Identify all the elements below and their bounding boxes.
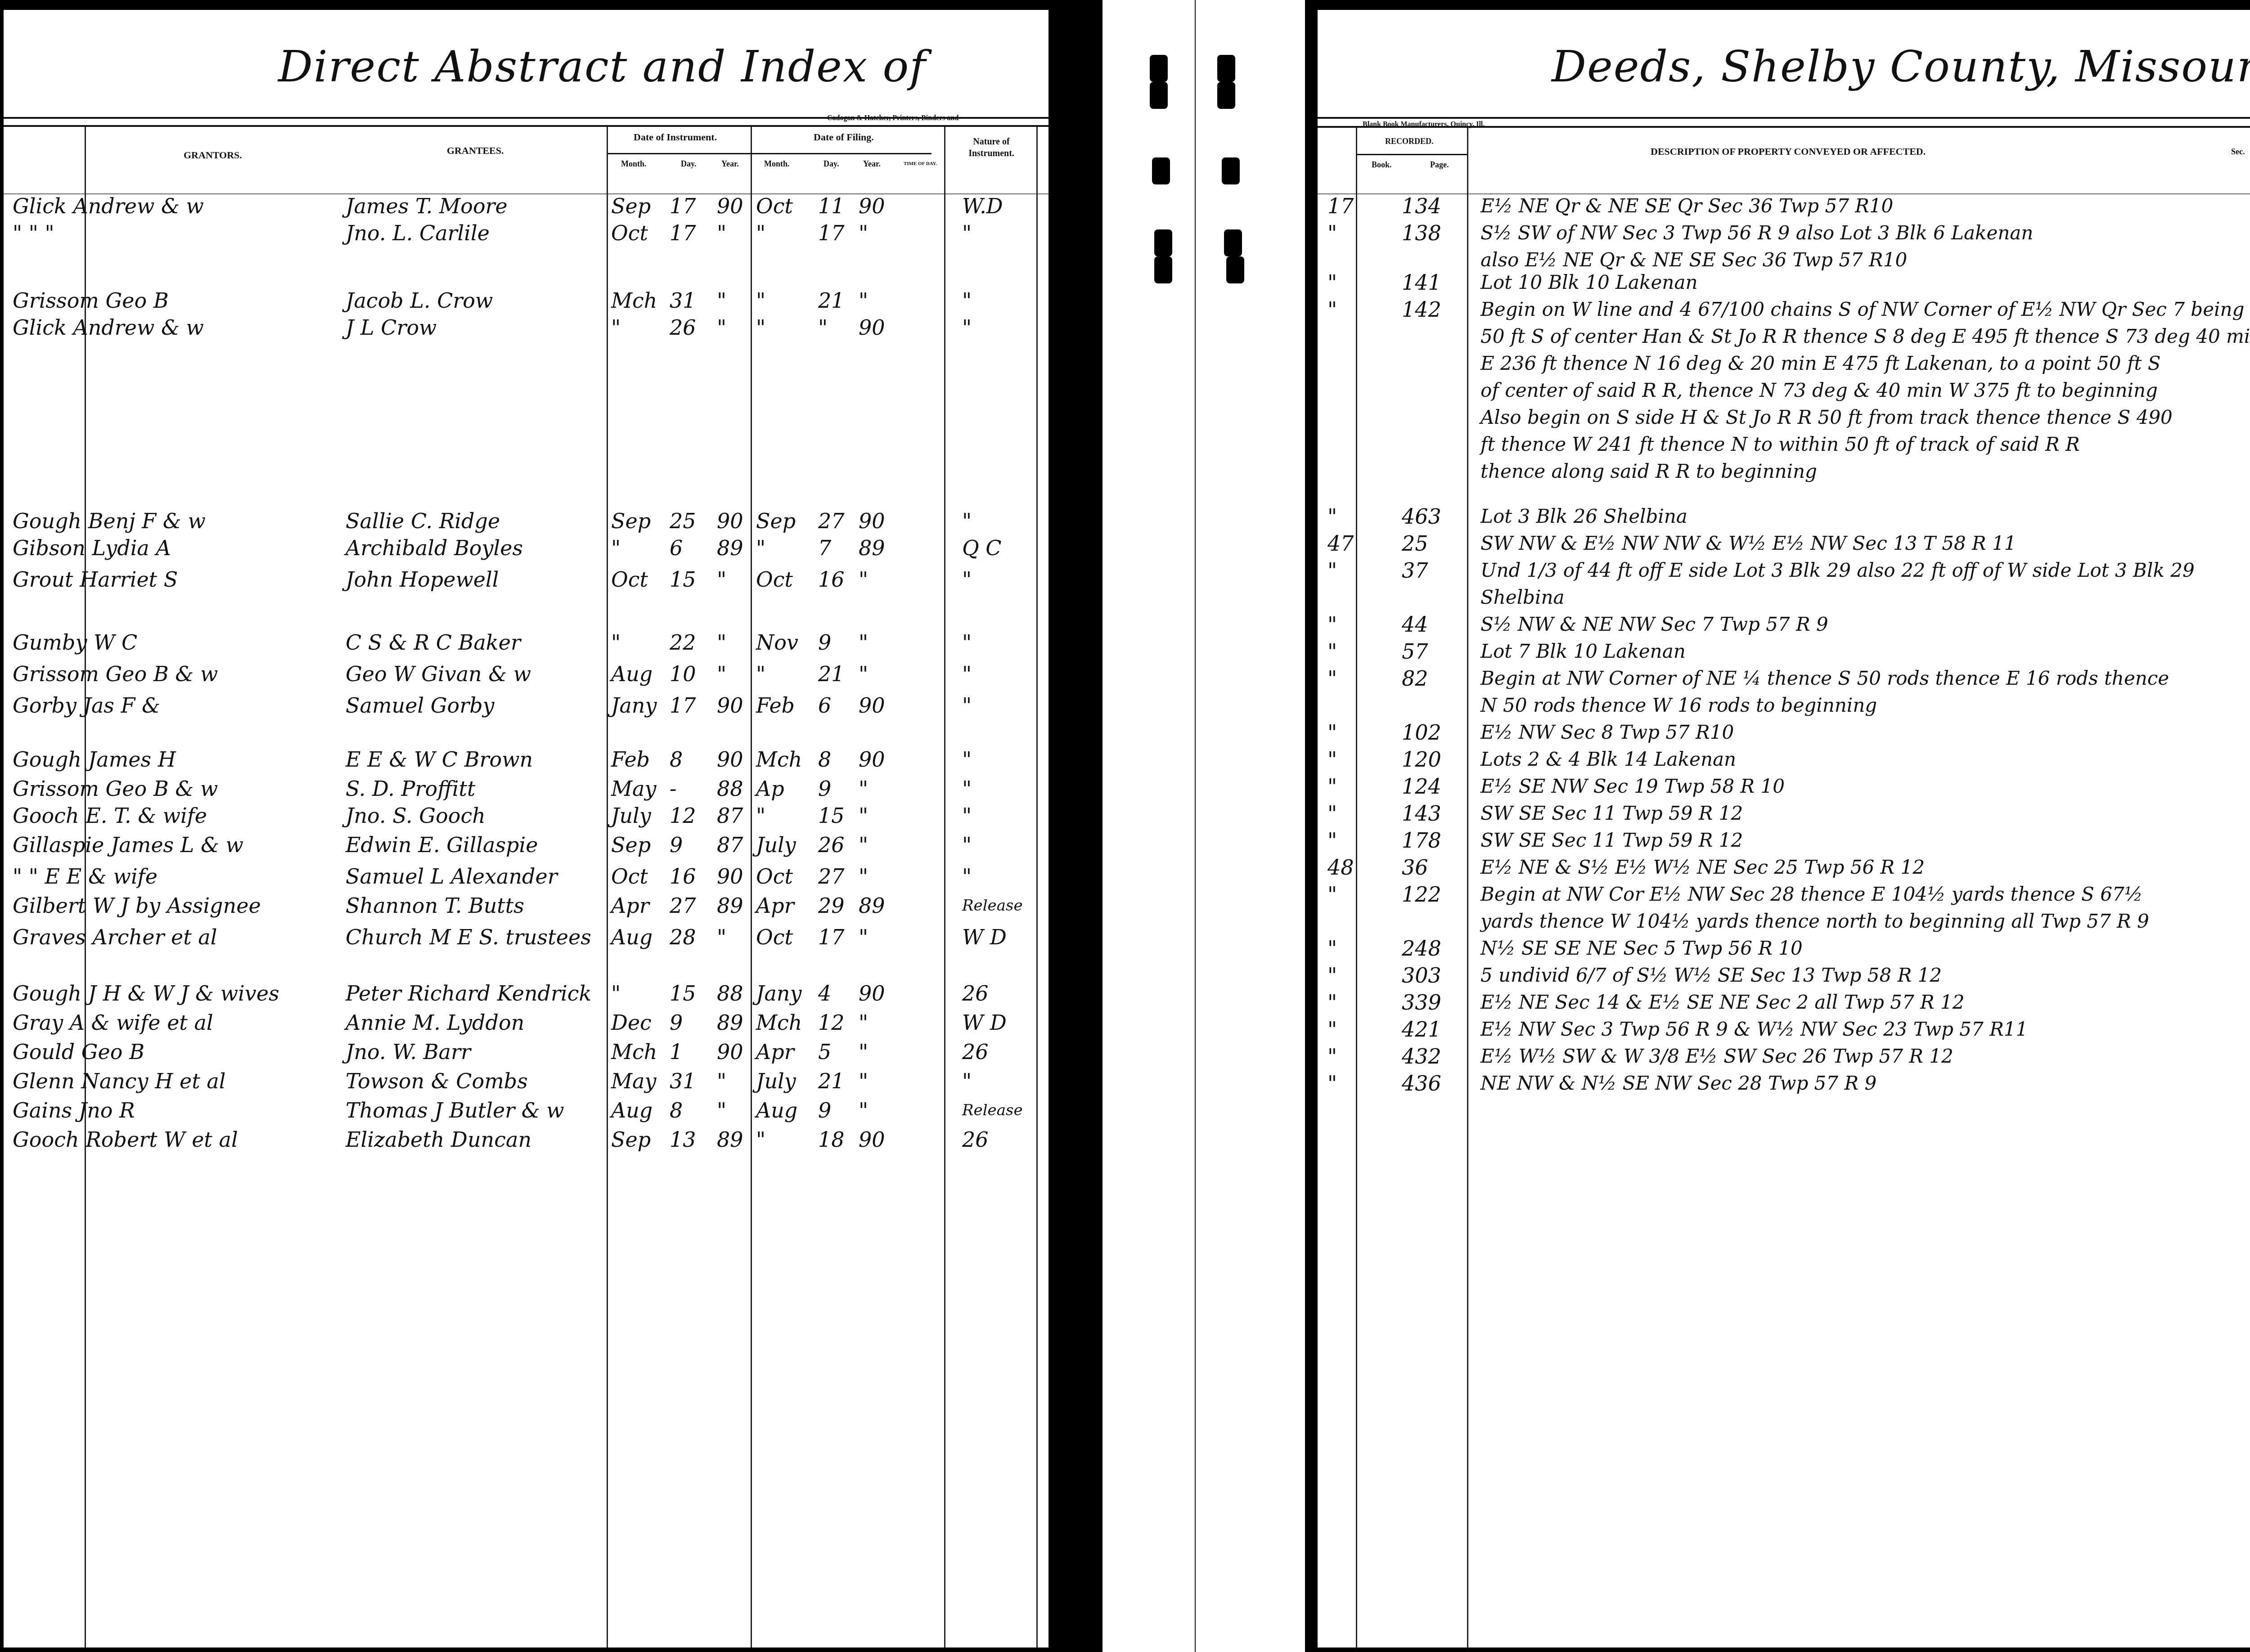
file-year-cell: ": [859, 832, 868, 857]
binding-hole: [1154, 229, 1172, 256]
grantor-cell: Gorby Jas F &: [13, 693, 160, 718]
file-day-cell: 27: [818, 508, 845, 534]
page-cell: 82: [1402, 666, 1428, 691]
file-month-cell: Apr: [756, 893, 794, 918]
inst-day-cell: 31: [670, 1068, 696, 1094]
left-ledger-page: Direct Abstract and Index of Cadogan & H…: [4, 10, 1048, 1648]
inst-month-cell: ": [611, 981, 621, 1006]
description-line: of center of said R R, thence N 73 deg &…: [1480, 378, 2158, 403]
description-line: SW NW & E½ NW NW & W½ E½ NW Sec 13 T 58 …: [1480, 531, 2016, 556]
inst-year-cell: 90: [717, 193, 743, 219]
column-divider: [1036, 127, 1038, 1648]
inst-day-cell: 22: [670, 630, 696, 655]
file-day-cell: 5: [818, 1039, 831, 1064]
nature-cell: ": [962, 1068, 972, 1094]
file-year-cell: 90: [859, 747, 885, 772]
page-cell: 122: [1402, 882, 1441, 907]
inst-month-cell: Oct: [611, 220, 648, 246]
description-line: Lot 10 Blk 10 Lakenan: [1480, 270, 1697, 295]
binding-hole: [1152, 157, 1170, 184]
recorded-header: RECORDED.: [1385, 137, 1434, 146]
file-month-cell: Nov: [756, 630, 798, 655]
nature-cell: ": [962, 747, 972, 772]
inst-month-cell: Oct: [611, 567, 648, 592]
file-year-cell: 90: [859, 1127, 885, 1152]
recorded-header-rule: [1357, 154, 1467, 155]
grantee-cell: C S & R C Baker: [346, 630, 521, 655]
grantor-cell: Gains Jno R: [13, 1098, 135, 1123]
file-month-cell: Sep: [756, 508, 796, 534]
book-cell: ": [1327, 1017, 1337, 1042]
page-cell: 436: [1402, 1071, 1441, 1096]
file-month-header: Month.: [764, 159, 790, 169]
file-day-cell: 11: [818, 193, 845, 219]
file-day-cell: 9: [818, 776, 831, 801]
grantee-cell: J L Crow: [346, 315, 437, 340]
page-cell: 25: [1402, 531, 1428, 556]
binding-hole: [1150, 82, 1168, 109]
inst-month-cell: Sep: [611, 193, 651, 219]
binding-crease: [1195, 0, 1196, 1652]
grantor-cell: Gooch E. T. & wife: [13, 803, 207, 828]
book-cell: 48: [1327, 855, 1354, 880]
inst-day-cell: 26: [670, 315, 696, 340]
inst-month-cell: Sep: [611, 832, 651, 857]
page-cell: 463: [1402, 504, 1441, 529]
file-month-cell: ": [756, 661, 765, 687]
right-page-title: Deeds, Shelby County, Missouri.: [1552, 41, 2250, 92]
nature-cell: ": [962, 567, 972, 592]
book-cell: ": [1327, 774, 1337, 799]
nature-cell: ": [962, 220, 972, 246]
file-day-cell: 6: [818, 693, 831, 718]
file-day-cell: 21: [818, 1068, 845, 1094]
file-year-cell: 90: [859, 693, 885, 718]
grantor-cell: Glick Andrew & w: [13, 315, 204, 340]
grantor-cell: Graves Archer et al: [13, 925, 217, 950]
inst-day-cell: 16: [670, 864, 696, 889]
file-month-cell: Mch: [756, 747, 802, 772]
header-rule: [1318, 126, 2250, 128]
description-line: Und 1/3 of 44 ft off E side Lot 3 Blk 29…: [1480, 558, 2195, 583]
file-day-cell: 18: [818, 1127, 845, 1152]
description-line: S½ SW of NW Sec 3 Twp 56 R 9 also Lot 3 …: [1480, 220, 2033, 246]
date-header-rule: [607, 153, 931, 154]
nature-cell: ": [962, 693, 972, 718]
file-month-cell: ": [756, 803, 765, 828]
page-cell: 134: [1402, 193, 1441, 219]
file-year-cell: ": [859, 803, 868, 828]
book-cell: ": [1327, 801, 1337, 826]
date-of-filing-header: Date of Filing.: [814, 131, 874, 143]
book-cell: 17: [1327, 193, 1354, 219]
page-cell: 102: [1402, 720, 1441, 745]
file-month-cell: ": [756, 535, 765, 561]
binding-hole: [1217, 55, 1235, 82]
inst-year-cell: ": [717, 661, 726, 687]
grantee-cell: Jno. L. Carlile: [346, 220, 490, 246]
grantee-cell: Elizabeth Duncan: [346, 1127, 531, 1152]
book-cell: ": [1327, 270, 1337, 295]
inst-month-cell: Oct: [611, 864, 648, 889]
nature-cell: ": [962, 803, 972, 828]
inst-year-cell: 88: [717, 981, 743, 1006]
file-month-cell: Oct: [756, 567, 793, 592]
grantee-cell: S. D. Proffitt: [346, 776, 476, 801]
grantor-cell: Gough Benj F & w: [13, 508, 206, 534]
file-year-cell: 89: [859, 535, 885, 561]
inst-day-cell: 9: [670, 832, 683, 857]
inst-day-cell: 27: [670, 893, 696, 918]
inst-year-cell: ": [717, 630, 726, 655]
inst-day-cell: 15: [670, 567, 696, 592]
grantor-cell: Glenn Nancy H et al: [13, 1068, 225, 1094]
header-rule: [4, 117, 1048, 119]
file-day-cell: 17: [818, 925, 845, 950]
inst-year-cell: 90: [717, 693, 743, 718]
description-line: 50 ft S of center Han & St Jo R R thence…: [1480, 324, 2250, 349]
inst-year-cell: 89: [717, 1010, 743, 1035]
inst-month-cell: May: [611, 776, 657, 801]
file-day-cell: 29: [818, 893, 845, 918]
inst-year-cell: 90: [717, 508, 743, 534]
nature-cell: 26: [962, 1127, 989, 1152]
page-cell: 248: [1402, 936, 1441, 961]
file-day-cell: 16: [818, 567, 845, 592]
time-of-day-header: TIME OF DAY.: [904, 161, 937, 166]
book-cell: ": [1327, 558, 1337, 583]
inst-year-cell: ": [717, 567, 726, 592]
file-day-cell: 17: [818, 220, 845, 246]
binding-hole: [1150, 55, 1168, 82]
description-line: SW SE Sec 11 Twp 59 R 12: [1480, 828, 1743, 853]
file-year-cell: ": [859, 1068, 868, 1094]
nature-cell: ": [962, 630, 972, 655]
book-cell: ": [1327, 963, 1337, 988]
file-year-cell: 89: [859, 893, 885, 918]
book-cell: ": [1327, 297, 1337, 322]
page-cell: 339: [1402, 990, 1441, 1015]
nature-cell: W D: [962, 925, 1007, 950]
inst-month-cell: Apr: [611, 893, 649, 918]
file-month-cell: ": [756, 315, 765, 340]
file-year-cell: ": [859, 1010, 868, 1035]
binding-hole: [1226, 256, 1244, 283]
nature-cell: ": [962, 288, 972, 313]
nature-cell: ": [962, 315, 972, 340]
grantor-cell: Gooch Robert W et al: [13, 1127, 238, 1152]
left-page-title: Direct Abstract and Index of: [278, 41, 927, 92]
file-day-cell: 27: [818, 864, 845, 889]
inst-year-cell: ": [717, 1068, 726, 1094]
description-line: also E½ NE Qr & NE SE Sec 36 Twp 57 R10: [1480, 247, 1907, 273]
column-divider: [1356, 128, 1357, 1648]
grantors-header: GRANTORS.: [184, 149, 242, 161]
book-cell: ": [1327, 504, 1337, 529]
description-line: SW SE Sec 11 Twp 59 R 12: [1480, 801, 1743, 826]
inst-month-cell: Aug: [611, 925, 652, 950]
inst-year-cell: 89: [717, 893, 743, 918]
date-of-instrument-header: Date of Instrument.: [634, 131, 717, 143]
file-year-cell: ": [859, 661, 868, 687]
book-cell: ": [1327, 220, 1337, 246]
nature-cell: ": [962, 661, 972, 687]
grantee-cell: Annie M. Lyddon: [346, 1010, 524, 1035]
grantee-cell: Samuel Gorby: [346, 693, 495, 718]
description-line: 5 undivid 6/7 of S½ W½ SE Sec 13 Twp 58 …: [1480, 963, 1942, 988]
file-month-cell: Oct: [756, 193, 793, 219]
page-cell: 120: [1402, 747, 1441, 772]
file-year-cell: 90: [859, 981, 885, 1006]
grantor-cell: Grissom Geo B & w: [13, 776, 218, 801]
nature-cell: Release: [962, 893, 1023, 918]
file-month-cell: ": [756, 288, 765, 313]
grantor-cell: " " ": [13, 220, 54, 246]
binding-gutter-right: [1197, 0, 1305, 1652]
file-day-cell: 9: [818, 1098, 831, 1123]
nature-cell: Q C: [962, 535, 1002, 561]
description-line: E½ NW Sec 3 Twp 56 R 9 & W½ NW Sec 23 Tw…: [1480, 1017, 2028, 1042]
description-line: E½ NE & S½ E½ W½ NE Sec 25 Twp 56 R 12: [1480, 855, 1925, 880]
grantee-cell: Jno. S. Gooch: [346, 803, 486, 828]
nature-cell: W D: [962, 1010, 1007, 1035]
description-line: E 236 ft thence N 16 deg & 20 min E 475 …: [1480, 351, 2160, 376]
grantor-cell: Glick Andrew & w: [13, 193, 204, 219]
grantor-cell: Gumby W C: [13, 630, 137, 655]
description-line: Begin on W line and 4 67/100 chains S of…: [1480, 297, 2244, 322]
file-month-cell: Feb: [756, 693, 795, 718]
description-line: NE NW & N½ SE NW Sec 28 Twp 57 R 9: [1480, 1071, 1876, 1096]
book-cell: ": [1327, 828, 1337, 853]
grantee-cell: Archibald Boyles: [346, 535, 523, 561]
file-year-cell: ": [859, 864, 868, 889]
inst-day-cell: 31: [670, 288, 696, 313]
page-cell: 143: [1402, 801, 1441, 826]
description-line: Lots 2 & 4 Blk 14 Lakenan: [1480, 747, 1736, 772]
file-day-cell: ": [818, 315, 828, 340]
page-cell: 421: [1402, 1017, 1441, 1042]
file-month-cell: ": [756, 1127, 765, 1152]
grantor-cell: Gray A & wife et al: [13, 1010, 213, 1035]
file-year-cell: ": [859, 567, 868, 592]
inst-year-cell: 87: [717, 803, 743, 828]
page-cell: 57: [1402, 639, 1428, 664]
file-month-cell: July: [756, 832, 796, 857]
file-month-cell: Mch: [756, 1010, 802, 1035]
inst-day-cell: 8: [670, 747, 683, 772]
description-line: Begin at NW Cor E½ NW Sec 28 thence E 10…: [1480, 882, 2142, 907]
column-divider: [751, 127, 752, 1648]
page-cell: 432: [1402, 1044, 1441, 1069]
grantee-cell: Shannon T. Butts: [346, 893, 524, 918]
grantee-cell: Jno. W. Barr: [346, 1039, 471, 1064]
inst-year-cell: 87: [717, 832, 743, 857]
book-cell: ": [1327, 639, 1337, 664]
book-cell: ": [1327, 882, 1337, 907]
nature-cell: ": [962, 776, 972, 801]
inst-day-cell: 28: [670, 925, 696, 950]
book-cell: ": [1327, 612, 1337, 637]
book-cell: ": [1327, 1044, 1337, 1069]
inst-year-header: Year.: [721, 159, 739, 169]
file-month-cell: Oct: [756, 925, 793, 950]
description-line: ft thence W 241 ft thence N to within 50…: [1480, 432, 2080, 457]
book-header: Book.: [1372, 160, 1392, 170]
binding-hole: [1224, 229, 1242, 256]
inst-year-cell: ": [717, 925, 726, 950]
binding-hole: [1154, 256, 1172, 283]
file-year-header: Year.: [863, 159, 881, 169]
inst-month-cell: Aug: [611, 1098, 652, 1123]
grantee-cell: Church M E S. trustees: [346, 925, 591, 950]
inst-day-cell: -: [670, 776, 677, 801]
grantor-cell: Grissom Geo B: [13, 288, 169, 313]
grantee-cell: Sallie C. Ridge: [346, 508, 500, 534]
inst-day-cell: 12: [670, 803, 696, 828]
column-divider: [607, 127, 608, 1648]
inst-month-cell: Mch: [611, 1039, 657, 1064]
grantor-cell: Gough James H: [13, 747, 176, 772]
file-day-cell: 21: [818, 288, 845, 313]
grantor-cell: Grissom Geo B & w: [13, 661, 218, 687]
grantee-cell: Samuel L Alexander: [346, 864, 558, 889]
file-month-cell: ": [756, 220, 765, 246]
page-cell: 44: [1402, 612, 1428, 637]
inst-month-cell: Mch: [611, 288, 657, 313]
header-rule: [4, 125, 1048, 127]
inst-month-cell: Feb: [611, 747, 650, 772]
grantor-cell: Gilbert W J by Assignee: [13, 893, 261, 918]
page-cell: 303: [1402, 963, 1441, 988]
inst-year-cell: ": [717, 315, 726, 340]
nature-cell: W.D: [962, 193, 1003, 219]
file-day-cell: 26: [818, 832, 845, 857]
inst-month-cell: May: [611, 1068, 657, 1094]
nature-cell: ": [962, 508, 972, 534]
book-cell: ": [1327, 990, 1337, 1015]
inst-year-cell: 88: [717, 776, 743, 801]
file-month-cell: Oct: [756, 864, 793, 889]
inst-day-cell: 13: [670, 1127, 696, 1152]
inst-day-cell: 1: [670, 1039, 683, 1064]
inst-year-cell: 90: [717, 1039, 743, 1064]
page-cell: 37: [1402, 558, 1428, 583]
inst-month-cell: Sep: [611, 1127, 651, 1152]
description-line: Shelbina: [1480, 585, 1565, 610]
inst-month-cell: Sep: [611, 508, 651, 534]
page-cell: 142: [1402, 297, 1441, 322]
file-year-cell: 90: [859, 315, 885, 340]
inst-month-cell: Jany: [611, 693, 657, 718]
file-year-cell: ": [859, 630, 868, 655]
file-day-cell: 9: [818, 630, 831, 655]
description-line: yards thence W 104½ yards thence north t…: [1480, 909, 2149, 934]
book-cell: ": [1327, 1071, 1337, 1096]
description-line: N½ SE SE NE Sec 5 Twp 56 R 10: [1480, 936, 1803, 961]
grantee-cell: John Hopewell: [346, 567, 499, 592]
book-cell: ": [1327, 720, 1337, 745]
inst-day-cell: 17: [670, 193, 696, 219]
book-cell: ": [1327, 936, 1337, 961]
file-year-cell: ": [859, 220, 868, 246]
nature-cell: 26: [962, 981, 989, 1006]
inst-year-cell: 89: [717, 1127, 743, 1152]
inst-day-header: Day.: [681, 159, 697, 169]
description-line: E½ NE Qr & NE SE Qr Sec 36 Twp 57 R10: [1480, 193, 1893, 219]
column-divider: [1467, 128, 1468, 1648]
file-year-cell: 90: [859, 193, 885, 219]
file-year-cell: ": [859, 1039, 868, 1064]
description-line: E½ NW Sec 8 Twp 57 R10: [1480, 720, 1734, 745]
grantor-cell: Gould Geo B: [13, 1039, 144, 1064]
book-cell: ": [1327, 747, 1337, 772]
grantee-cell: E E & W C Brown: [346, 747, 533, 772]
page-cell: 36: [1402, 855, 1428, 880]
inst-year-cell: ": [717, 288, 726, 313]
grantee-cell: James T. Moore: [346, 193, 508, 219]
inst-year-cell: ": [717, 220, 726, 246]
file-day-cell: 4: [818, 981, 831, 1006]
file-day-cell: 12: [818, 1010, 845, 1035]
column-divider: [944, 127, 945, 1648]
header-rule: [1318, 117, 2250, 119]
grantees-header: GRANTEES.: [447, 145, 504, 157]
inst-day-cell: 10: [670, 661, 696, 687]
grantor-cell: " " E E & wife: [13, 864, 157, 889]
description-line: E½ W½ SW & W 3/8 E½ SW Sec 26 Twp 57 R 1…: [1480, 1044, 1953, 1069]
description-line: Lot 7 Blk 10 Lakenan: [1480, 639, 1686, 664]
file-month-cell: Ap: [756, 776, 784, 801]
page-header: Page.: [1430, 160, 1449, 170]
file-year-cell: ": [859, 925, 868, 950]
file-year-cell: ": [859, 288, 868, 313]
description-line: Lot 3 Blk 26 Shelbina: [1480, 504, 1687, 529]
grantee-cell: Geo W Givan & w: [346, 661, 531, 687]
inst-month-cell: ": [611, 535, 621, 561]
file-month-cell: Jany: [756, 981, 801, 1006]
grantor-cell: Gillaspie James L & w: [13, 832, 243, 857]
inst-month-header: Month.: [621, 159, 647, 169]
inst-year-cell: 89: [717, 535, 743, 561]
description-line: Also begin on S side H & St Jo R R 50 ft…: [1480, 405, 2173, 430]
page-cell: 141: [1402, 270, 1441, 295]
nature-cell: ": [962, 864, 972, 889]
description-line: S½ NW & NE NW Sec 7 Twp 57 R 9: [1480, 612, 1828, 637]
sec-header: Sec.: [2231, 147, 2245, 157]
nature-cell: Release: [962, 1098, 1023, 1123]
file-year-cell: ": [859, 1098, 868, 1123]
inst-day-cell: 17: [670, 693, 696, 718]
inst-day-cell: 25: [670, 508, 696, 534]
grantee-cell: Thomas J Butler & w: [346, 1098, 564, 1123]
page-cell: 124: [1402, 774, 1441, 799]
file-month-cell: Apr: [756, 1039, 794, 1064]
inst-day-cell: 6: [670, 535, 683, 561]
file-year-cell: ": [859, 776, 868, 801]
grantee-cell: Peter Richard Kendrick: [346, 981, 591, 1006]
file-day-cell: 7: [818, 535, 831, 561]
grantor-cell: Gough J H & W J & wives: [13, 981, 279, 1006]
book-cell: 47: [1327, 531, 1354, 556]
inst-year-cell: ": [717, 1098, 726, 1123]
inst-day-cell: 9: [670, 1010, 683, 1035]
inst-year-cell: 90: [717, 747, 743, 772]
grantee-cell: Edwin E. Gillaspie: [346, 832, 538, 857]
file-month-cell: Aug: [756, 1098, 797, 1123]
page-cell: 178: [1402, 828, 1441, 853]
file-day-cell: 15: [818, 803, 845, 828]
nature-cell: 26: [962, 1039, 989, 1064]
